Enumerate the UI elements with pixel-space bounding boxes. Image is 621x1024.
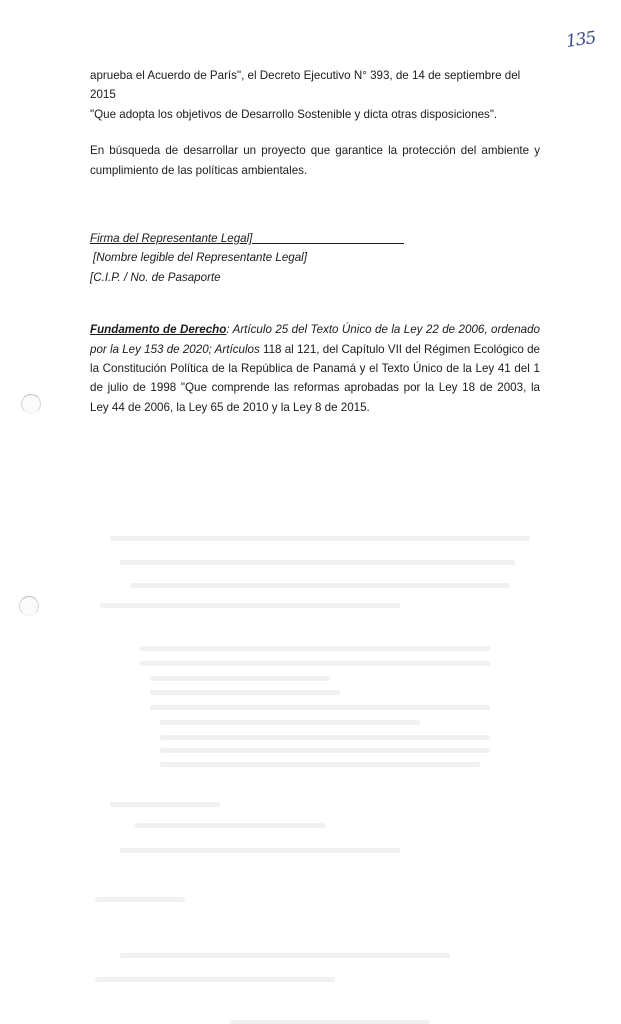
text-line: aprueba el Acuerdo de París", el Decreto… — [90, 66, 540, 105]
text-line: "Que adopta los objetivos de Desarrollo … — [90, 105, 540, 124]
signature-block: Firma del Representante Legal] [Nombre l… — [90, 229, 540, 287]
document-body: aprueba el Acuerdo de París", el Decreto… — [90, 66, 540, 417]
paragraph-legal-references: aprueba el Acuerdo de París", el Decreto… — [90, 66, 540, 124]
signature-line: Firma del Representante Legal] — [90, 229, 540, 248]
punch-hole — [19, 596, 39, 616]
signature-rule — [252, 243, 404, 244]
legal-representative-name-label: [Nombre legible del Representante Legal] — [90, 248, 540, 267]
legal-basis-paragraph: Fundamento de Derecho: Artículo 25 del T… — [90, 320, 540, 417]
signature-label: Firma del Representante Legal] — [90, 229, 252, 248]
legal-basis-label: Fundamento de Derecho — [90, 323, 226, 336]
paragraph-purpose: En búsqueda de desarrollar un proyecto q… — [90, 141, 540, 180]
punch-hole — [21, 394, 41, 414]
id-passport-label: [C.I.P. / No. de Pasaporte — [90, 268, 540, 287]
handwritten-page-number: 135 — [565, 28, 597, 52]
